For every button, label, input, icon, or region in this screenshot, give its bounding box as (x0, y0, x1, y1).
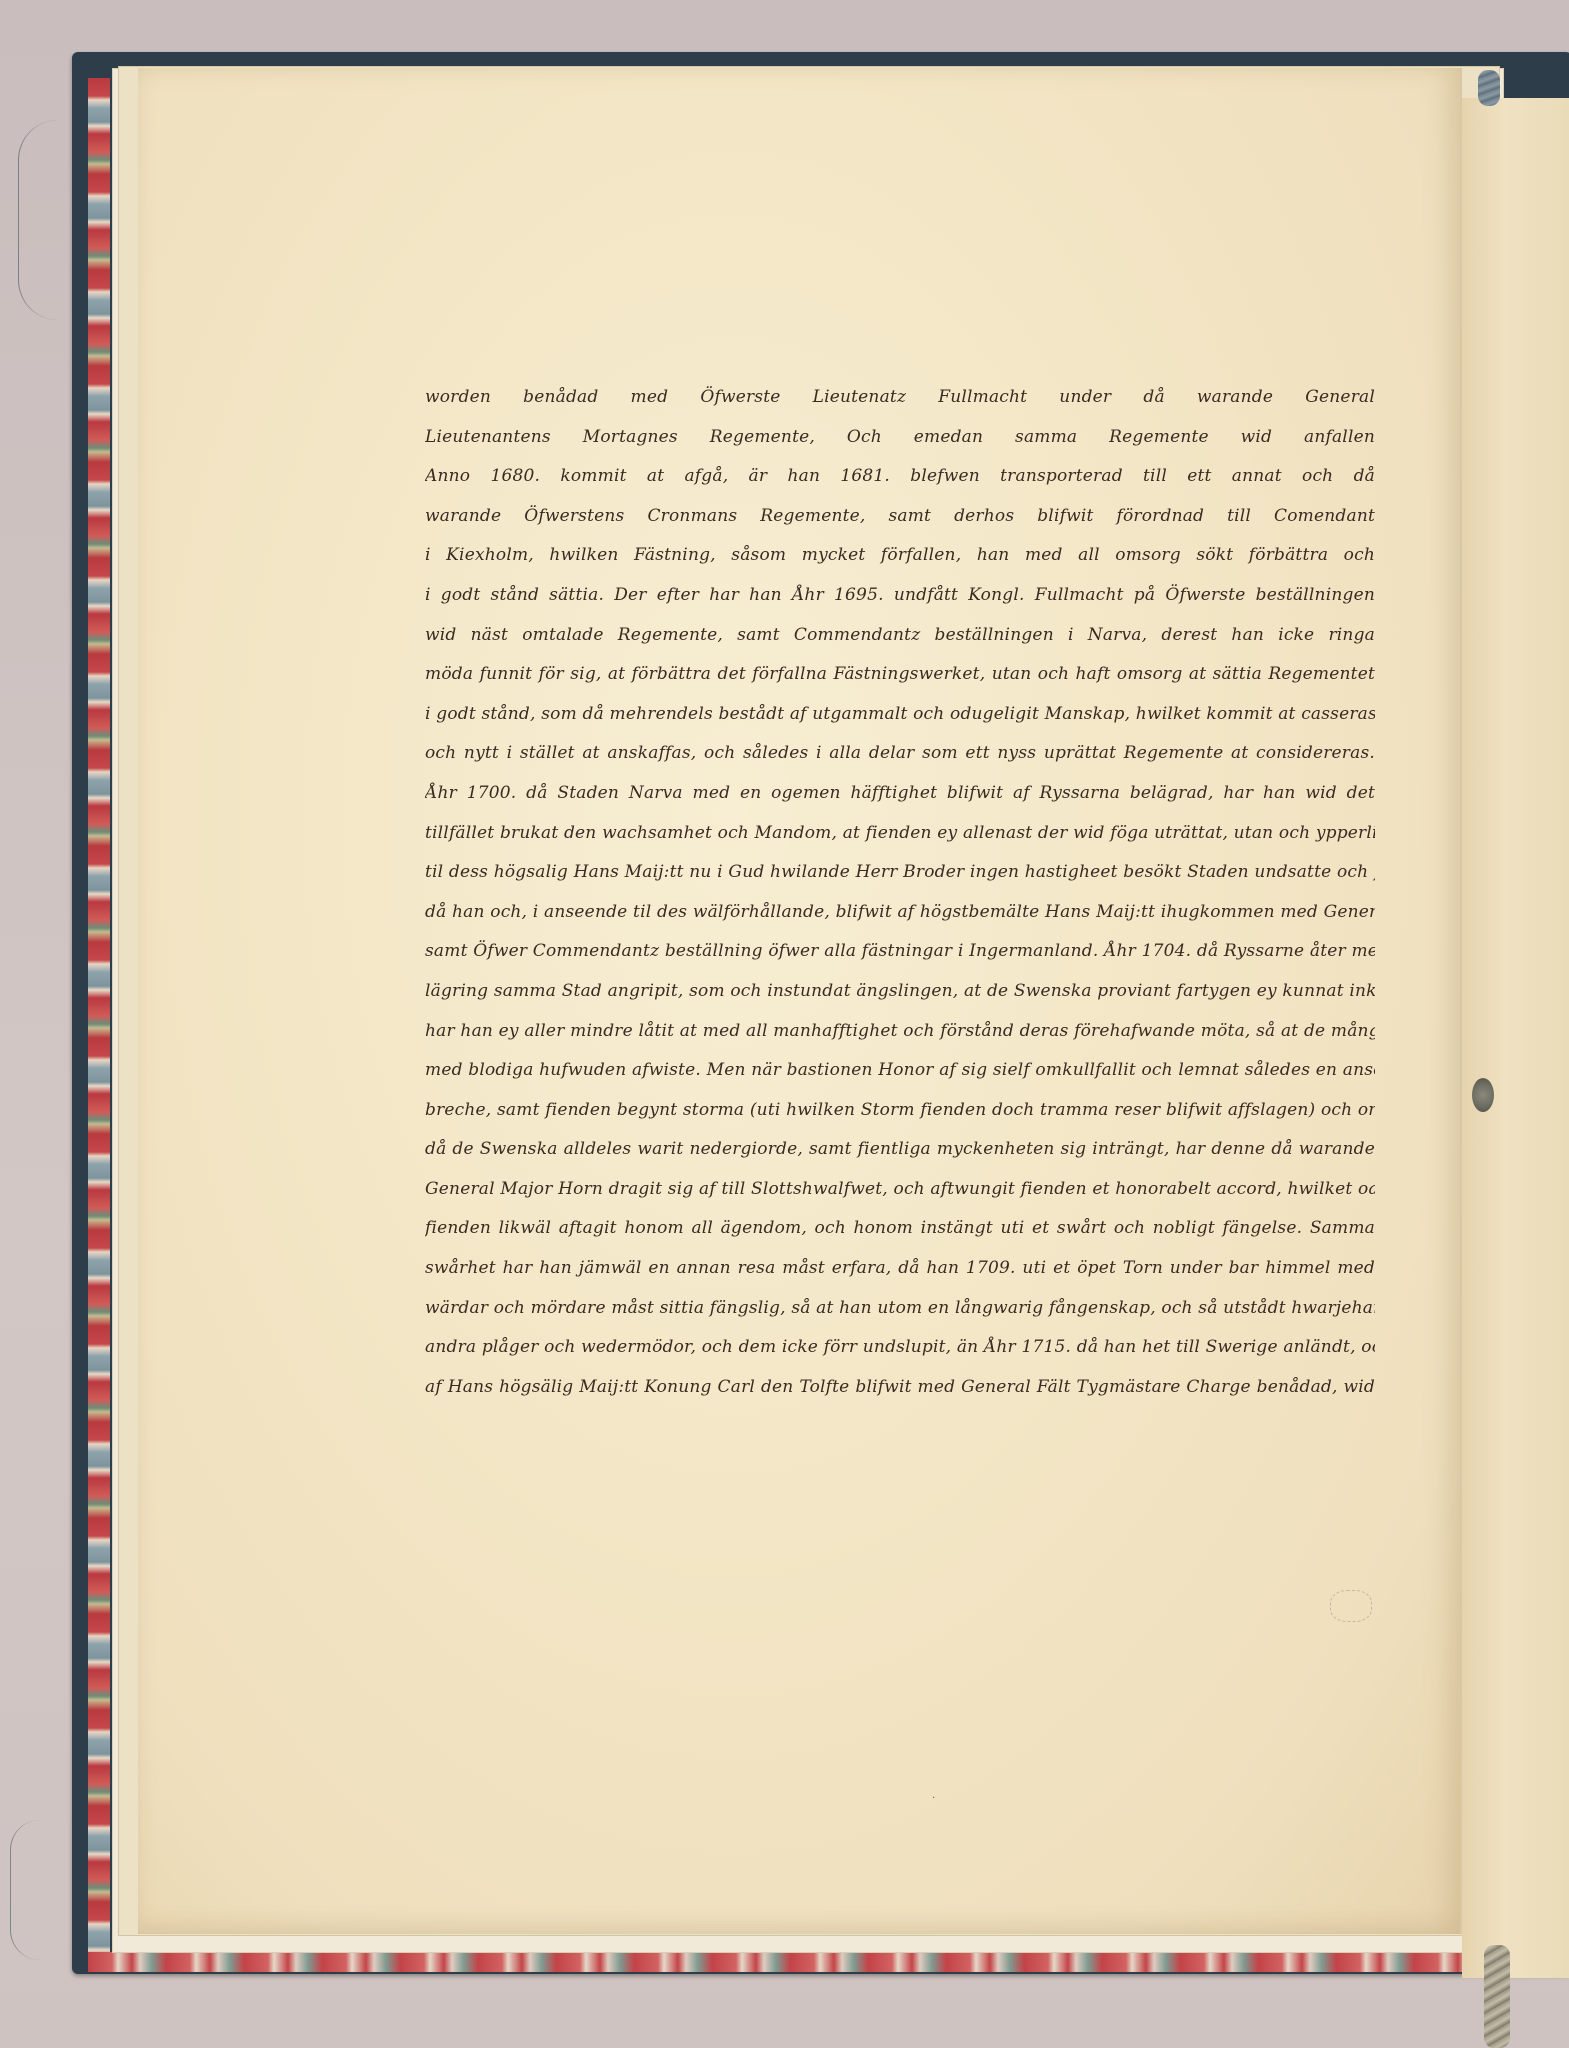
binding-cord-top (1478, 70, 1500, 106)
text-line: och nytt i stället at anskaffas, och sål… (425, 734, 1375, 774)
text-line: tillfället brukat den wachsamhet och Man… (425, 814, 1375, 854)
text-line: til dess högsalig Hans Maij:tt nu i Gud … (425, 853, 1375, 893)
text-line: swårhet har han jämwäl en annan resa mås… (425, 1249, 1375, 1289)
text-line: lägring samma Stad angripit, som och ins… (425, 972, 1375, 1012)
folio-mark: . (932, 1790, 935, 1801)
text-line: då de Swenska alldeles warit nedergiorde… (425, 1130, 1375, 1170)
text-line: Åhr 1700. då Staden Narva med en ogemen … (425, 774, 1375, 814)
faint-stamp-mark (1330, 1590, 1372, 1622)
text-line: wid näst omtalade Regemente, samt Commen… (425, 616, 1375, 656)
text-line: andra plåger och wedermödor, och dem ick… (425, 1328, 1375, 1368)
text-line: Lieutenantens Mortagnes Regemente, Och e… (425, 418, 1375, 458)
manuscript-text-block: worden benådad med Öfwerste Lieutenatz F… (425, 378, 1375, 1407)
text-line: i godt stånd, som då mehrendels bestådt … (425, 695, 1375, 735)
facing-page-right (1462, 98, 1569, 1978)
loose-threads-bottom (10, 1820, 51, 1960)
text-line: i godt stånd sättia. Der efter har han Å… (425, 576, 1375, 616)
text-line: med blodiga hufwuden afwiste. Men när ba… (425, 1051, 1375, 1091)
binding-cord-bottom (1484, 1945, 1510, 2048)
text-line: General Major Horn dragit sig af till Sl… (425, 1170, 1375, 1210)
text-line: af Hans högsälig Maij:tt Konung Carl den… (425, 1368, 1375, 1408)
binding-cord-middle (1472, 1078, 1494, 1112)
text-line: då han och, i anseende til des wälförhål… (425, 893, 1375, 933)
text-line: worden benådad med Öfwerste Lieutenatz F… (425, 378, 1375, 418)
text-line: i Kiexholm, hwilken Fästning, såsom myck… (425, 536, 1375, 576)
text-line: warande Öfwerstens Cronmans Regemente, s… (425, 497, 1375, 537)
loose-threads-top (18, 120, 79, 320)
text-line: har han ey aller mindre låtit at med all… (425, 1012, 1375, 1052)
text-line: möda funnit för sig, at förbättra det fö… (425, 655, 1375, 695)
marbled-endpaper-left (88, 78, 110, 1953)
text-line: wärdar och mördare måst sittia fängslig,… (425, 1289, 1375, 1329)
marbled-endpaper-bottom (88, 1952, 1488, 1972)
text-line: breche, samt fienden begynt storma (uti … (425, 1091, 1375, 1131)
text-line: fienden likwäl aftagit honom all ägendom… (425, 1209, 1375, 1249)
text-line: Anno 1680. kommit at afgå, är han 1681. … (425, 457, 1375, 497)
text-line: samt Öfwer Commendantz beställning öfwer… (425, 932, 1375, 972)
